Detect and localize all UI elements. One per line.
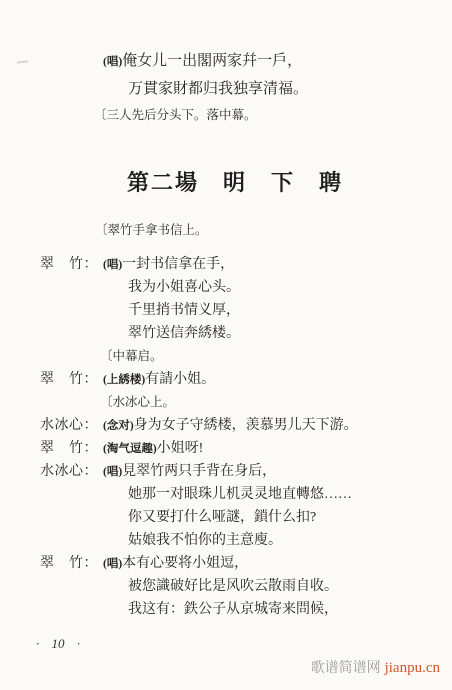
dialogue-text: 小姐呀!	[157, 441, 204, 456]
dialogue-block: 翠 竹：(唱)一封书信拿在手， 我为小姐喜心头。 千里捎书情义厚， 翠竹送信奔綉…	[40, 253, 445, 621]
verse-text: 俺女儿一出閣两家幷一戶，	[122, 53, 302, 69]
verse-line: 千里捎书情义厚，	[128, 299, 445, 322]
speaker-name: 水冰心：	[40, 460, 103, 483]
verse-line: 翠竹送信奔綉楼。	[128, 322, 445, 345]
prologue-verse: (唱)俺女儿一出閣两家幷一戶， 万貫家財都归我独享清福。 〔三人先后分头下。落中…	[40, 48, 308, 127]
sung-annotation: (唱)	[103, 466, 122, 478]
dialogue-text: 本有心要将小姐逗，	[122, 556, 248, 571]
verse-line: 我为小姐喜心头。	[128, 276, 445, 299]
speaker-name: 水冰心：	[40, 414, 103, 437]
verse-line: 你又要打什么哑謎，鎖什么扣?	[128, 506, 445, 529]
scanned-script-page: (唱)俺女儿一出閣两家幷一戶， 万貫家財都归我独享清福。 〔三人先后分头下。落中…	[0, 0, 452, 690]
verse-line: 姑娘我不怕你的主意廋。	[128, 529, 445, 552]
stage-direction: 〔水冰心上。	[100, 391, 445, 414]
stage-direction: 〔三人先后分头下。落中幕。	[94, 103, 308, 127]
verse-line: 万貫家財都归我独享清福。	[128, 76, 308, 103]
action-annotation: (淘气逗趣)	[103, 443, 157, 455]
verse-line: 她那一对眼珠儿机灵灵地直轉悠……	[128, 483, 445, 506]
speaker-name: 翠 竹：	[40, 552, 103, 575]
action-annotation: (上綉楼)	[103, 374, 145, 386]
dialogue-line: 水冰心：(念对)身为女子守綉楼，羡慕男儿天下游。	[40, 414, 445, 437]
dialogue-line: 翠 竹：(唱)本有心要将小姐逗，	[40, 552, 445, 575]
speaker-name: 翠 竹：	[40, 437, 103, 460]
sung-annotation: (唱)	[103, 558, 122, 570]
dialogue-line: 翠 竹：(唱)一封书信拿在手，	[40, 253, 445, 276]
stage-direction: 〔中幕启。	[100, 345, 445, 368]
sung-annotation: (唱)	[103, 56, 122, 68]
dialogue-line: 翠 竹：(上綉楼)有請小姐。	[40, 368, 445, 391]
scan-artifact	[17, 60, 28, 63]
verse-line: 被您識破好比是风吹云散雨自收。	[128, 575, 445, 598]
speaker-name: 翠 竹：	[40, 253, 103, 276]
sung-annotation: (唱)	[103, 259, 122, 271]
dialogue-text: 有請小姐。	[145, 372, 215, 387]
dialogue-text: 一封书信拿在手，	[122, 257, 234, 272]
speaker-name: 翠 竹：	[40, 368, 103, 391]
watermark-site-name: 歌谱简谱网	[311, 661, 381, 676]
scene-heading: 第二場 明 下 聘	[0, 166, 452, 197]
verse-line: (唱)俺女儿一出閣两家幷一戶，	[103, 48, 308, 76]
recite-annotation: (念对)	[103, 420, 134, 432]
dialogue-text: 身为女子守綉楼，羡慕男儿天下游。	[134, 418, 358, 433]
stage-direction: 〔翠竹手拿书信上。	[95, 220, 208, 238]
dialogue-text: 見翠竹两只手背在身后，	[122, 464, 276, 479]
watermark-site-url: jianpu.cn	[385, 660, 440, 676]
page-number: · 10 ·	[36, 636, 80, 652]
dialogue-line: 水冰心：(唱)見翠竹两只手背在身后，	[40, 460, 445, 483]
verse-line: 我这有：鉄公子从京城寄来問候，	[128, 598, 445, 621]
dialogue-line: 翠 竹：(淘气逗趣)小姐呀!	[40, 437, 445, 460]
watermark: 歌谱简谱网jianpu.cn	[311, 657, 440, 677]
